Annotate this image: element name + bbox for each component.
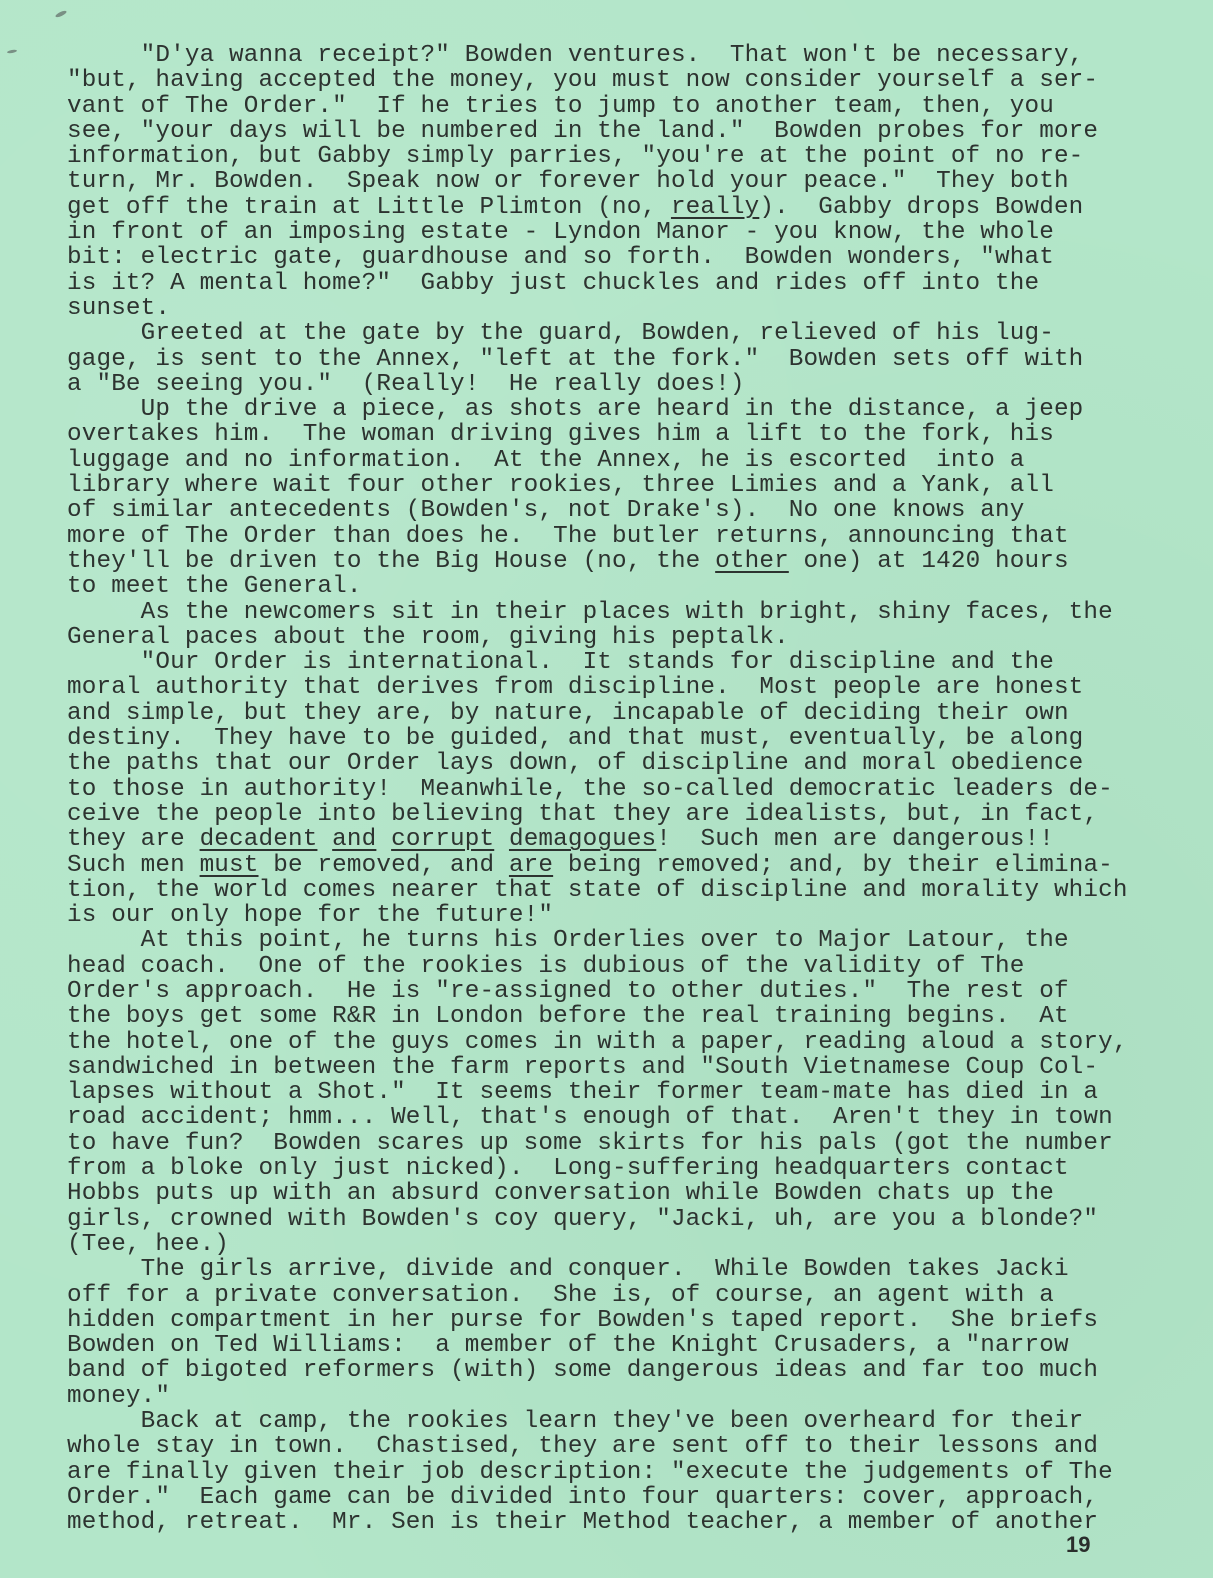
text-segment: ! Such men are dangerous!!	[656, 826, 1054, 853]
text-segment: be removed, and	[259, 852, 509, 879]
underlined-text: must	[200, 852, 259, 879]
text-segment: Order." Each game can be divided into fo…	[67, 1484, 1098, 1511]
text-line: library where wait four other rookies, t…	[67, 473, 1167, 498]
underlined-text: demagogues	[509, 826, 656, 853]
text-segment: road accident; hmm... Well, that's enoug…	[67, 1104, 1113, 1131]
text-line: "D'ya wanna receipt?" Bowden ventures. T…	[67, 43, 1167, 68]
text-line: off for a private conversation. She is, …	[67, 1283, 1167, 1308]
text-segment: from a bloke only just nicked). Long-suf…	[67, 1155, 1069, 1182]
text-segment: turn, Mr. Bowden. Speak now or forever h…	[67, 168, 1069, 195]
text-line: "Our Order is international. It stands f…	[67, 650, 1167, 675]
text-line: they are decadent and corrupt demagogues…	[67, 827, 1167, 852]
text-line: vant of The Order." If he tries to jump …	[67, 94, 1167, 119]
text-segment: bit: electric gate, guardhouse and so fo…	[67, 244, 1054, 271]
text-line: Such men must be removed, and are being …	[67, 853, 1167, 878]
body-text: "D'ya wanna receipt?" Bowden ventures. T…	[67, 43, 1167, 1536]
underlined-text: really	[671, 194, 759, 221]
text-line: and simple, but they are, by nature, inc…	[67, 701, 1167, 726]
text-segment: overtakes him. The woman driving gives h…	[67, 421, 1054, 448]
text-line: hidden compartment in her purse for Bowd…	[67, 1308, 1167, 1333]
text-line: "but, having accepted the money, you mus…	[67, 68, 1167, 93]
text-segment: and simple, but they are, by nature, inc…	[67, 700, 1069, 727]
text-segment: luggage and no information. At the Annex…	[67, 447, 1024, 474]
text-segment: they'll be driven to the Big House (no, …	[67, 548, 715, 575]
text-segment: is it? A mental home?" Gabby just chuckl…	[67, 270, 1039, 297]
text-line: is it? A mental home?" Gabby just chuckl…	[67, 271, 1167, 296]
paper-speck-mark	[7, 49, 17, 54]
text-line: money."	[67, 1384, 1167, 1409]
text-line: bit: electric gate, guardhouse and so fo…	[67, 245, 1167, 270]
text-segment: get off the train at Little Plimton (no,	[67, 194, 671, 221]
text-line: Greeted at the gate by the guard, Bowden…	[67, 321, 1167, 346]
text-line: Back at camp, the rookies learn they've …	[67, 1409, 1167, 1434]
text-segment: they are	[67, 826, 200, 853]
text-line: to have fun? Bowden scares up some skirt…	[67, 1131, 1167, 1156]
text-segment: "D'ya wanna receipt?" Bowden ventures. T…	[67, 42, 1083, 69]
text-segment: the boys get some R&R in London before t…	[67, 1003, 1069, 1030]
text-line: road accident; hmm... Well, that's enoug…	[67, 1105, 1167, 1130]
text-line: the boys get some R&R in London before t…	[67, 1004, 1167, 1029]
text-segment: Up the drive a piece, as shots are heard…	[67, 396, 1083, 423]
text-line: ceive the people into believing that the…	[67, 802, 1167, 827]
text-segment: (Tee, hee.)	[67, 1231, 229, 1258]
text-segment: whole stay in town. Chastised, they are …	[67, 1433, 1098, 1460]
text-segment	[494, 826, 509, 853]
text-line: Order's approach. He is "re-assigned to …	[67, 979, 1167, 1004]
text-segment: money."	[67, 1383, 170, 1410]
text-line: a "Be seeing you." (Really! He really do…	[67, 372, 1167, 397]
text-line: band of bigoted reformers (with) some da…	[67, 1358, 1167, 1383]
text-segment: in front of an imposing estate - Lyndon …	[67, 219, 1054, 246]
text-line: turn, Mr. Bowden. Speak now or forever h…	[67, 169, 1167, 194]
text-segment: one) at 1420 hours	[789, 548, 1069, 575]
text-segment: information, but Gabby simply parries, "…	[67, 143, 1083, 170]
text-segment: being removed; and, by their elimina-	[553, 852, 1113, 879]
text-segment: sandwiched in between the farm reports a…	[67, 1054, 1098, 1081]
text-line: whole stay in town. Chastised, they are …	[67, 1434, 1167, 1459]
text-segment: the hotel, one of the guys comes in with…	[67, 1029, 1128, 1056]
text-line: information, but Gabby simply parries, "…	[67, 144, 1167, 169]
text-segment: Bowden on Ted Williams: a member of the …	[67, 1332, 1069, 1359]
text-segment: sunset.	[67, 295, 170, 322]
document-page: "D'ya wanna receipt?" Bowden ventures. T…	[0, 0, 1213, 1578]
text-line: (Tee, hee.)	[67, 1232, 1167, 1257]
text-segment: Hobbs puts up with an absurd conversatio…	[67, 1180, 1054, 1207]
underlined-text: and	[332, 826, 376, 853]
text-line: head coach. One of the rookies is dubiou…	[67, 954, 1167, 979]
text-line: As the newcomers sit in their places wit…	[67, 600, 1167, 625]
text-line: moral authority that derives from discip…	[67, 675, 1167, 700]
text-segment: Back at camp, the rookies learn they've …	[67, 1408, 1083, 1435]
text-line: girls, crowned with Bowden's coy query, …	[67, 1207, 1167, 1232]
text-segment: vant of The Order." If he tries to jump …	[67, 93, 1054, 120]
text-segment: Order's approach. He is "re-assigned to …	[67, 978, 1069, 1005]
text-line: lapses without a Shot." It seems their f…	[67, 1080, 1167, 1105]
text-line: is our only hope for the future!"	[67, 903, 1167, 928]
text-line: General paces about the room, giving his…	[67, 625, 1167, 650]
text-segment: a "Be seeing you." (Really! He really do…	[67, 371, 745, 398]
text-segment: method, retreat. Mr. Sen is their Method…	[67, 1509, 1098, 1536]
text-segment: to those in authority! Meanwhile, the so…	[67, 776, 1113, 803]
text-segment: is our only hope for the future!"	[67, 902, 553, 929]
text-segment: head coach. One of the rookies is dubiou…	[67, 953, 1024, 980]
text-line: sandwiched in between the farm reports a…	[67, 1055, 1167, 1080]
text-segment: the paths that our Order lays down, of d…	[67, 750, 1083, 777]
text-line: Up the drive a piece, as shots are heard…	[67, 397, 1167, 422]
text-segment: hidden compartment in her purse for Bowd…	[67, 1307, 1098, 1334]
text-segment: tion, the world comes nearer that state …	[67, 877, 1128, 904]
text-segment: are finally given their job description:…	[67, 1459, 1113, 1486]
text-line: get off the train at Little Plimton (no,…	[67, 195, 1167, 220]
text-segment: of similar antecedents (Bowden's, not Dr…	[67, 497, 1024, 524]
text-line: sunset.	[67, 296, 1167, 321]
text-segment: see, "your days will be numbered in the …	[67, 118, 1098, 145]
text-segment: girls, crowned with Bowden's coy query, …	[67, 1206, 1098, 1233]
underlined-text: are	[509, 852, 553, 879]
paper-speck-mark	[55, 10, 68, 19]
text-line: method, retreat. Mr. Sen is their Method…	[67, 1510, 1167, 1535]
text-line: At this point, he turns his Orderlies ov…	[67, 928, 1167, 953]
text-segment: Such men	[67, 852, 200, 879]
text-line: Order." Each game can be divided into fo…	[67, 1485, 1167, 1510]
text-segment: As the newcomers sit in their places wit…	[67, 599, 1113, 626]
text-line: to those in authority! Meanwhile, the so…	[67, 777, 1167, 802]
text-segment: "Our Order is international. It stands f…	[67, 649, 1054, 676]
text-segment: to meet the General.	[67, 573, 362, 600]
text-segment: "but, having accepted the money, you mus…	[67, 67, 1098, 94]
text-line: they'll be driven to the Big House (no, …	[67, 549, 1167, 574]
text-segment: band of bigoted reformers (with) some da…	[67, 1357, 1098, 1384]
text-line: are finally given their job description:…	[67, 1460, 1167, 1485]
text-segment: library where wait four other rookies, t…	[67, 472, 1054, 499]
text-line: Hobbs puts up with an absurd conversatio…	[67, 1181, 1167, 1206]
text-segment	[317, 826, 332, 853]
text-segment: more of The Order than does he. The butl…	[67, 523, 1069, 550]
text-segment: lapses without a Shot." It seems their f…	[67, 1079, 1098, 1106]
page-number: 19	[1066, 1532, 1090, 1558]
text-line: the paths that our Order lays down, of d…	[67, 751, 1167, 776]
text-line: more of The Order than does he. The butl…	[67, 524, 1167, 549]
text-line: of similar antecedents (Bowden's, not Dr…	[67, 498, 1167, 523]
text-line: destiny. They have to be guided, and tha…	[67, 726, 1167, 751]
text-line: to meet the General.	[67, 574, 1167, 599]
text-line: gage, is sent to the Annex, "left at the…	[67, 347, 1167, 372]
text-segment: General paces about the room, giving his…	[67, 624, 789, 651]
text-segment: Greeted at the gate by the guard, Bowden…	[67, 320, 1054, 347]
text-line: see, "your days will be numbered in the …	[67, 119, 1167, 144]
underlined-text: other	[715, 548, 789, 575]
text-segment: gage, is sent to the Annex, "left at the…	[67, 346, 1083, 373]
text-line: tion, the world comes nearer that state …	[67, 878, 1167, 903]
text-segment	[376, 826, 391, 853]
text-line: overtakes him. The woman driving gives h…	[67, 422, 1167, 447]
underlined-text: corrupt	[391, 826, 494, 853]
text-segment: off for a private conversation. She is, …	[67, 1282, 1054, 1309]
text-line: the hotel, one of the guys comes in with…	[67, 1030, 1167, 1055]
text-line: in front of an imposing estate - Lyndon …	[67, 220, 1167, 245]
text-line: The girls arrive, divide and conquer. Wh…	[67, 1257, 1167, 1282]
text-segment: destiny. They have to be guided, and tha…	[67, 725, 1083, 752]
text-segment: moral authority that derives from discip…	[67, 674, 1083, 701]
text-segment: ). Gabby drops Bowden	[759, 194, 1083, 221]
text-segment: At this point, he turns his Orderlies ov…	[67, 927, 1069, 954]
text-line: luggage and no information. At the Annex…	[67, 448, 1167, 473]
underlined-text: decadent	[200, 826, 318, 853]
text-line: from a bloke only just nicked). Long-suf…	[67, 1156, 1167, 1181]
text-segment: ceive the people into believing that the…	[67, 801, 1098, 828]
text-line: Bowden on Ted Williams: a member of the …	[67, 1333, 1167, 1358]
text-segment: The girls arrive, divide and conquer. Wh…	[67, 1256, 1069, 1283]
text-segment: to have fun? Bowden scares up some skirt…	[67, 1130, 1113, 1157]
